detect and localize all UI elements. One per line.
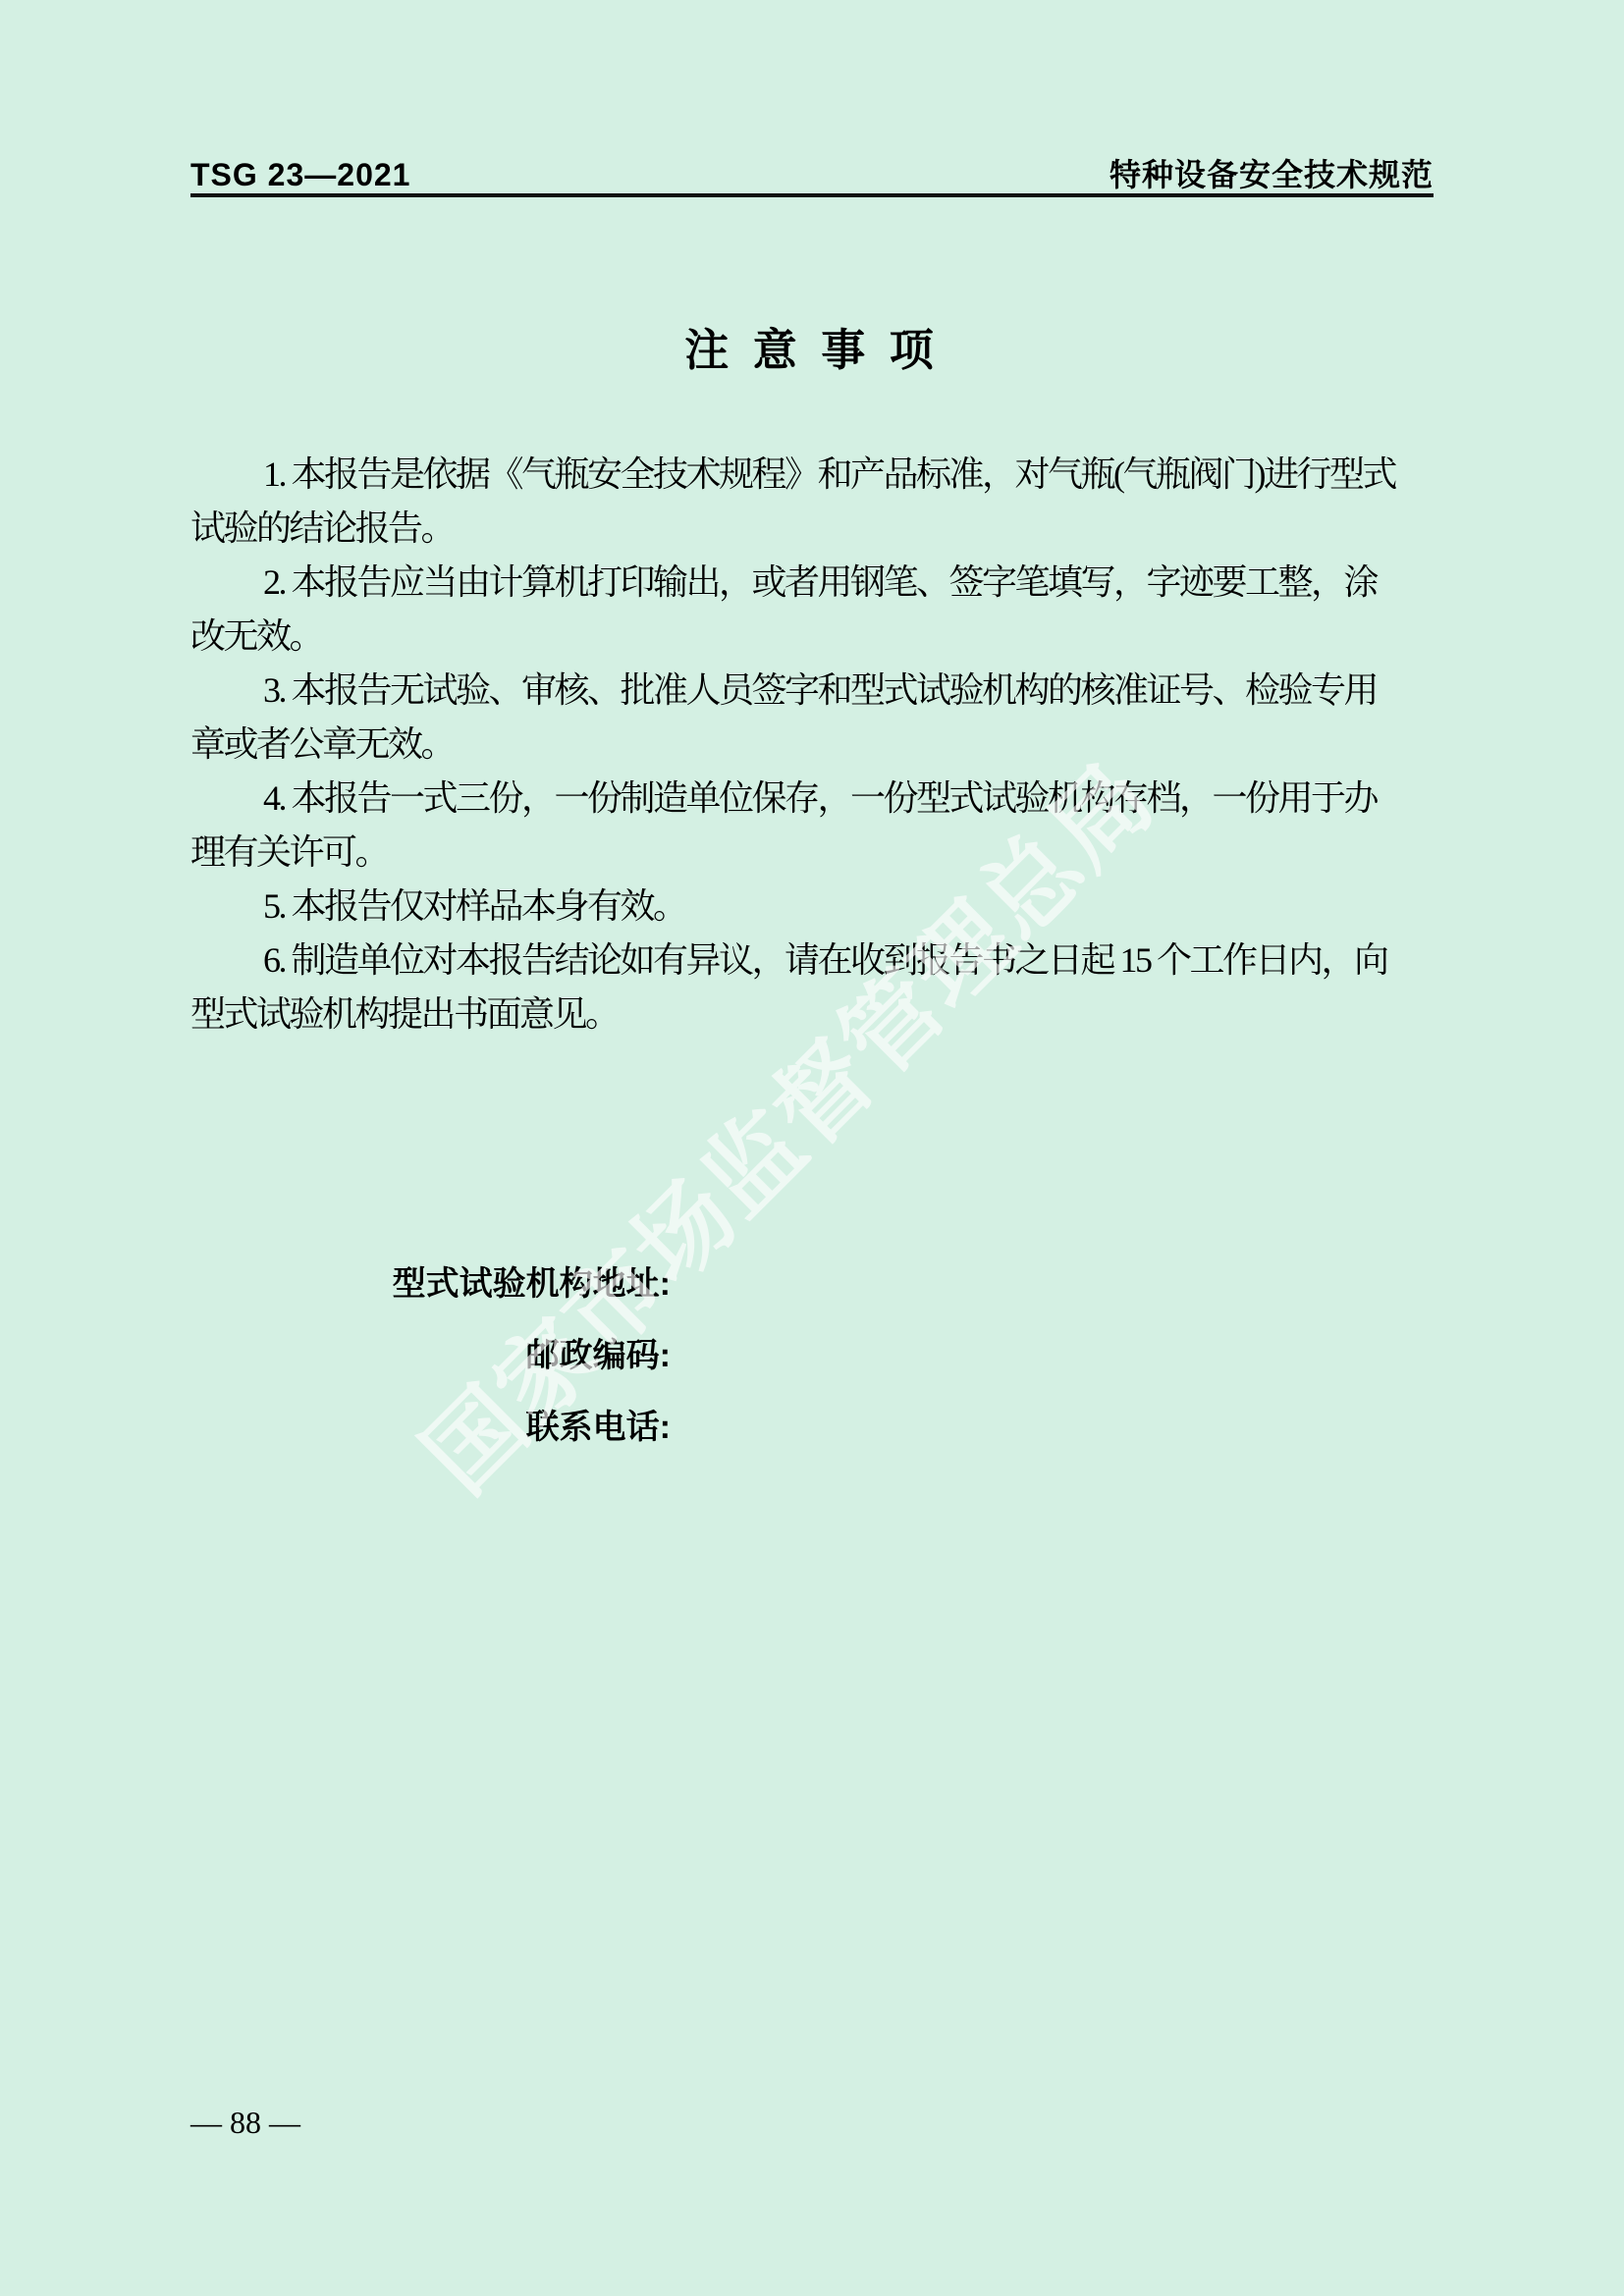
notice-item-3: 3. 本报告无试验、审核、批准人员签字和型式试验机构的核准证号、检验专用 章或者…: [190, 664, 1434, 772]
document-page: TSG 23—2021 特种设备安全技术规范 注 意 事 项 1. 本报告是依据…: [0, 0, 1624, 2296]
contact-phone-label: 联系电话:: [390, 1392, 671, 1464]
postal-code-label: 邮政编码:: [390, 1320, 671, 1392]
header-document-category: 特种设备安全技术规范: [1110, 157, 1434, 192]
page-title: 注 意 事 项: [190, 326, 1434, 375]
notice-item-2: 2. 本报告应当由计算机打印输出，或者用钢笔、签字笔填写，字迹要工整，涂 改无效…: [190, 556, 1434, 664]
notice-item-4: 4. 本报告一式三份，一份制造单位保存，一份型式试验机构存档，一份用于办 理有关…: [190, 772, 1434, 880]
institution-address-label: 型式试验机构地址:: [390, 1249, 671, 1320]
page-footer: — 88 —: [190, 2103, 300, 2142]
contact-block: 型式试验机构地址: 邮政编码: 联系电话:: [390, 1249, 671, 1464]
notice-item-6: 6. 制造单位对本报告结论如有异议，请在收到报告书之日起 15 个工作日内，向 …: [190, 934, 1434, 1041]
notice-item-5: 5. 本报告仅对样品本身有效。: [190, 880, 1434, 934]
page-number: — 88 —: [190, 2105, 300, 2140]
notice-item-1: 1. 本报告是依据《气瓶安全技术规程》和产品标准，对气瓶(气瓶阀门)进行型式 试…: [190, 448, 1434, 556]
header-document-code: TSG 23—2021: [190, 157, 410, 192]
page-header: TSG 23—2021 特种设备安全技术规范: [190, 157, 1434, 192]
notice-list: 1. 本报告是依据《气瓶安全技术规程》和产品标准，对气瓶(气瓶阀门)进行型式 试…: [190, 448, 1434, 1041]
header-rule: [190, 193, 1434, 197]
